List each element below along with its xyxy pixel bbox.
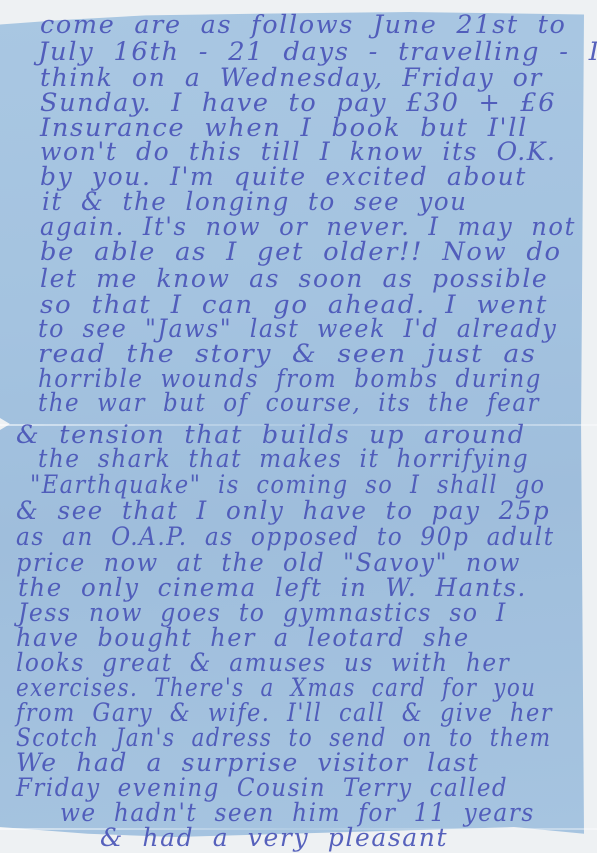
letter-line: the shark that makes it horrifying bbox=[38, 444, 529, 473]
letter-line: let me know as soon as possible bbox=[40, 264, 548, 293]
letter-line: come are as follows June 21st to bbox=[40, 10, 567, 39]
letter-line: the war but of course, its the fear bbox=[38, 388, 540, 417]
letter-line: July 16th - 21 days - travelling - I bbox=[38, 37, 597, 66]
letter-line: & had a very pleasant bbox=[100, 823, 448, 852]
letter-line: as an O.A.P. as opposed to 90p adult bbox=[16, 522, 555, 551]
letter-line: "Earthquake" is coming so I shall go bbox=[30, 470, 546, 499]
letter-line: & see that I only have to pay 25p bbox=[16, 496, 550, 525]
letter-line: be able as I get older!! Now do bbox=[40, 237, 562, 266]
